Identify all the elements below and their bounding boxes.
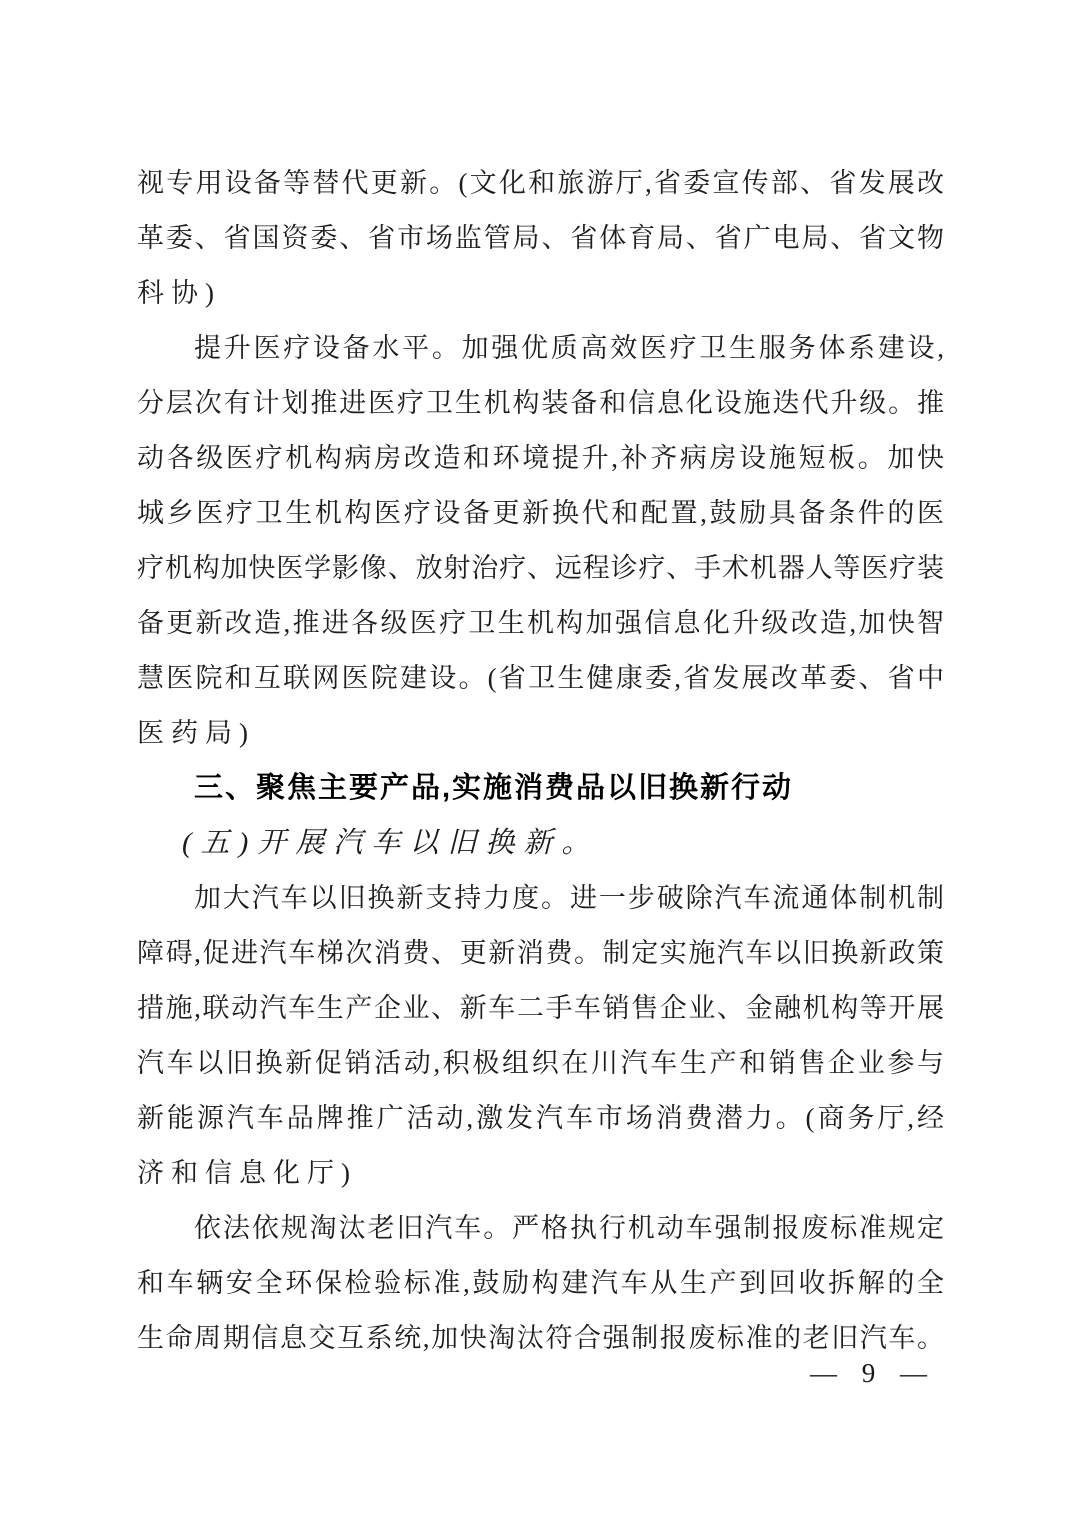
text-line: 依法依规淘汰老旧汽车。严格执行机动车强制报废标准规定 bbox=[137, 1201, 944, 1256]
text-line: 分层次有计划推进医疗卫生机构装备和信息化设施迭代升级。推 bbox=[137, 376, 944, 431]
text-line: 慧医院和互联网医院建设。(省卫生健康委,省发展改革委、省中 bbox=[137, 651, 944, 706]
text-line: 革委、省国资委、省市场监管局、省体育局、省广电局、省文物局、省 bbox=[137, 211, 944, 266]
text-line: 动各级医疗机构病房改造和环境提升,补齐病房设施短板。加快 bbox=[137, 431, 944, 486]
text-line: 城乡医疗卫生机构医疗设备更新换代和配置,鼓励具备条件的医 bbox=[137, 486, 944, 541]
text-line: 科协) bbox=[137, 266, 944, 321]
text-line: (五)开展汽车以旧换新。 bbox=[137, 816, 944, 871]
text-line: 汽车以旧换新促销活动,积极组织在川汽车生产和销售企业参与 bbox=[137, 1036, 944, 1091]
text-line: 视专用设备等替代更新。(文化和旅游厅,省委宣传部、省发展改 bbox=[137, 156, 944, 211]
text-line: 障碍,促进汽车梯次消费、更新消费。制定实施汽车以旧换新政策 bbox=[137, 926, 944, 981]
text-line: 济和信息化厅) bbox=[137, 1146, 944, 1201]
document-body: 视专用设备等替代更新。(文化和旅游厅,省委宣传部、省发展改革委、省国资委、省市场… bbox=[137, 156, 944, 1366]
text-line: 备更新改造,推进各级医疗卫生机构加强信息化升级改造,加快智 bbox=[137, 596, 944, 651]
page-number: — 9 — bbox=[810, 1353, 932, 1393]
text-line: 三、聚焦主要产品,实施消费品以旧换新行动 bbox=[137, 761, 944, 816]
text-line: 疗机构加快医学影像、放射治疗、远程诊疗、手术机器人等医疗装 bbox=[137, 541, 944, 596]
text-line: 措施,联动汽车生产企业、新车二手车销售企业、金融机构等开展 bbox=[137, 981, 944, 1036]
text-line: 新能源汽车品牌推广活动,激发汽车市场消费潜力。(商务厅,经 bbox=[137, 1091, 944, 1146]
text-line: 和车辆安全环保检验标准,鼓励构建汽车从生产到回收拆解的全 bbox=[137, 1256, 944, 1311]
text-line: 提升医疗设备水平。加强优质高效医疗卫生服务体系建设, bbox=[137, 321, 944, 376]
document-page: 视专用设备等替代更新。(文化和旅游厅,省委宣传部、省发展改革委、省国资委、省市场… bbox=[0, 0, 1080, 1528]
text-line: 医药局) bbox=[137, 706, 944, 761]
text-line: 加大汽车以旧换新支持力度。进一步破除汽车流通体制机制 bbox=[137, 871, 944, 926]
